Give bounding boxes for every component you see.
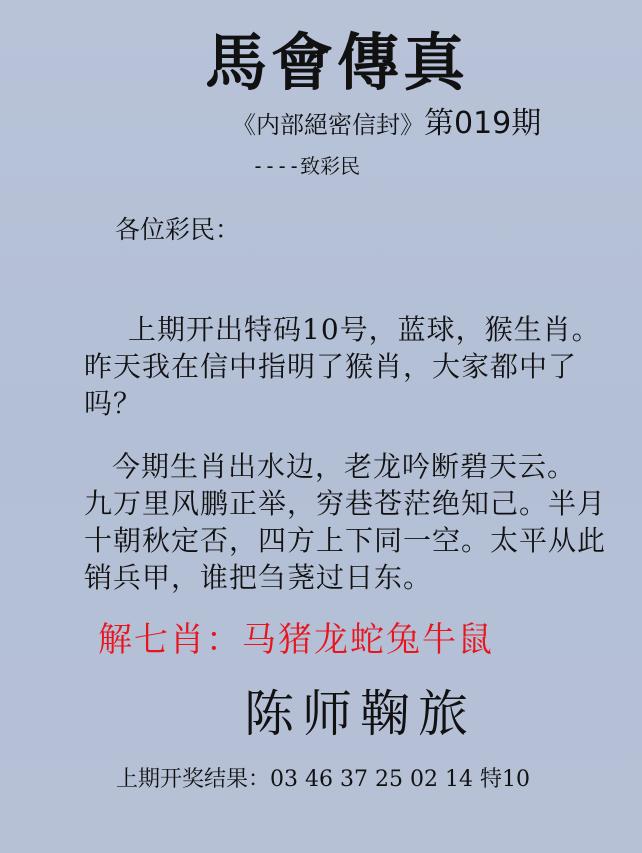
seven-zodiac-hint: 解七肖：马猪龙蛇兔牛鼠 bbox=[98, 618, 494, 662]
paragraph-line: 今期生肖出水边，老龙吟断碧天云。 bbox=[84, 448, 624, 485]
special-label: 特 bbox=[480, 767, 502, 792]
paragraph-line: 十朝秋定否，四方上下同一空。太平从此 bbox=[84, 522, 624, 559]
issue-number: 第019期 bbox=[424, 106, 541, 141]
paragraph-line: 上期开出特码10号，蓝球，猴生肖。 bbox=[84, 311, 624, 348]
paragraph-line: 销兵甲，谁把刍荛过日东。 bbox=[84, 559, 624, 596]
paragraph-line: 吗？ bbox=[84, 385, 624, 422]
subtitle: 《内部絕密信封》第019期 bbox=[232, 106, 541, 143]
paragraph-line: 昨天我在信中指明了猴肖，大家都中了 bbox=[84, 348, 624, 385]
subtitle-envelope: 《内部絕密信封》 bbox=[232, 111, 424, 139]
author-phrase: 陈师鞠旅 bbox=[244, 684, 476, 744]
special-number: 10 bbox=[502, 767, 530, 792]
results-numbers: 03 46 37 25 02 14 bbox=[270, 767, 473, 792]
paragraph-poem: 今期生肖出水边，老龙吟断碧天云。 九万里风鹏正举，穷巷苍茫绝知己。半月 十朝秋定… bbox=[84, 448, 624, 596]
last-draw-results: 上期开奖结果：03 46 37 25 02 14 特10 bbox=[116, 764, 530, 796]
signoff: ----致彩民 bbox=[252, 152, 360, 180]
results-label: 上期开奖结果： bbox=[116, 767, 270, 792]
paragraph-line: 九万里风鹏正举，穷巷苍茫绝知己。半月 bbox=[84, 485, 624, 522]
paragraph-last-result: 上期开出特码10号，蓝球，猴生肖。 昨天我在信中指明了猴肖，大家都中了 吗？ bbox=[84, 311, 624, 422]
greeting: 各位彩民： bbox=[115, 212, 240, 248]
page-title: 馬會傳真 bbox=[205, 28, 469, 98]
